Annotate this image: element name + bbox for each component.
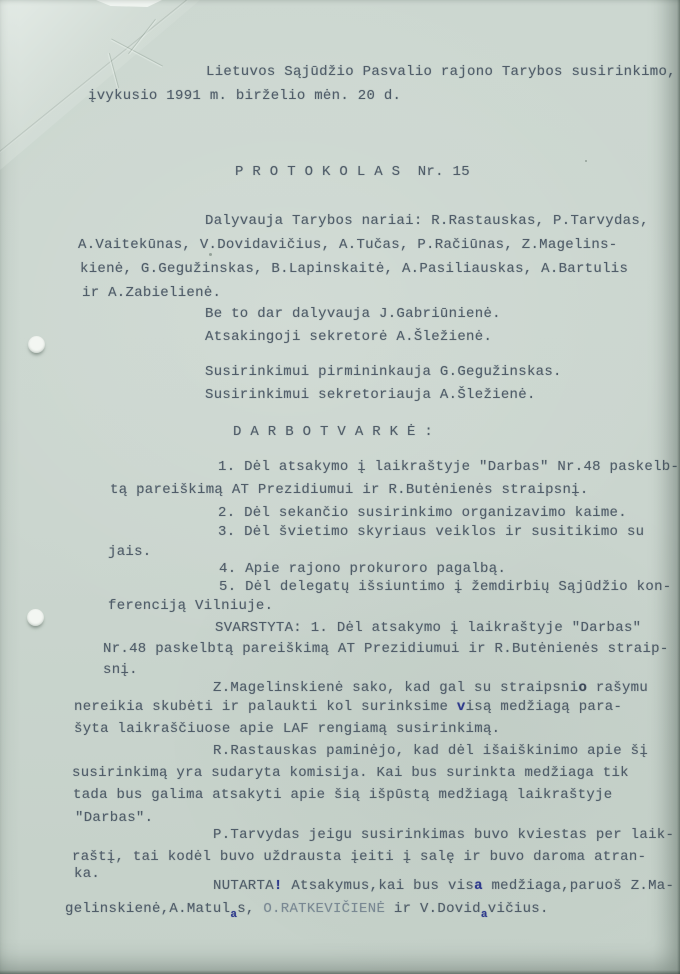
typed-text: 3. Dėl švietimo skyriaus veiklos ir susi… bbox=[218, 524, 644, 540]
typed-text: 1. Dėl atsakymo į laikraštyje "Darbas" N… bbox=[218, 459, 679, 475]
document-line: 4. Apie rajono prokuroro pagalbą. bbox=[219, 561, 506, 578]
document-line: Z.Magelinskienė sako, kad gal su straips… bbox=[213, 680, 648, 697]
typed-text: ir A.Zabielienė. bbox=[82, 285, 221, 301]
typed-text: nereikia skubėti ir palaukti kol surinks… bbox=[74, 699, 457, 715]
typed-text: kienė, G.Gegužinskas, B.Lapinskaitė, A.P… bbox=[80, 261, 628, 277]
typed-text: Dalyvauja Tarybos nariai: R.Rastauskas, … bbox=[205, 213, 649, 229]
typed-text: A.Vaitekūnas, V.Dovidavičius, A.Tučas, P… bbox=[78, 237, 617, 253]
document-line: 3. Dėl švietimo skyriaus veiklos ir susi… bbox=[218, 524, 644, 541]
typed-text: susirinkimą yra sudaryta komisija. Kai b… bbox=[72, 765, 629, 781]
typed-text: tą pareiškimą AT Prezidiumui ir R.Butėni… bbox=[110, 482, 589, 498]
document-line: Susirinkimui pirmininkauja G.Gegužinskas… bbox=[205, 364, 562, 381]
document-line: šyta laikraščiuose apie LAF rengiamą sus… bbox=[74, 721, 500, 738]
document-line: jais. bbox=[108, 544, 152, 561]
document-line: susirinkimą yra sudaryta komisija. Kai b… bbox=[72, 765, 629, 782]
typed-text: Nr.48 paskelbtą pareiškimą AT Prezidiumu… bbox=[103, 641, 669, 657]
typed-text: ferenciją Vilniuje. bbox=[108, 598, 273, 614]
typed-text: snį. bbox=[103, 662, 138, 678]
typed-text: "Darbas". bbox=[75, 810, 153, 826]
document-line: A.Vaitekūnas, V.Dovidavičius, A.Tučas, P… bbox=[78, 237, 617, 254]
typed-text: tada bus galima atsakyti apie šią išpūst… bbox=[73, 787, 612, 803]
document-line: 2. Dėl sekančio susirinkimo organizavimo… bbox=[218, 505, 627, 522]
document-line: raštį, tai kodėl buvo uždrausta įeiti į … bbox=[72, 849, 646, 866]
typed-text: Susirinkimui sekretoriauja A.Šležienė. bbox=[205, 387, 536, 403]
document-line: Dalyvauja Tarybos nariai: R.Rastauskas, … bbox=[205, 213, 649, 230]
typed-text: Be to dar dalyvauja J.Gabriūnienė. bbox=[205, 306, 501, 322]
typed-text: gelinskienė,A.Matul bbox=[65, 901, 230, 917]
document-line: D A R B O T V A R K Ė : bbox=[233, 424, 433, 441]
typed-text: P R O T O K O L A S Nr. 15 bbox=[235, 164, 470, 180]
document-line: 5. Dėl delegatų išsiuntimo į žemdirbių S… bbox=[219, 579, 671, 596]
document-line: Nr.48 paskelbtą pareiškimą AT Prezidiumu… bbox=[103, 641, 669, 658]
typed-text: Lietuvos Sąjūdžio Pasvalio rajono Tarybo… bbox=[206, 64, 676, 80]
typed-text: 5. Dėl delegatų išsiuntimo į žemdirbių S… bbox=[219, 579, 671, 595]
typed-text: ka. bbox=[74, 866, 100, 882]
document-line: "Darbas". bbox=[75, 810, 153, 827]
typed-text: ir V.Dovid bbox=[385, 901, 481, 917]
document-line: kienė, G.Gegužinskas, B.Lapinskaitė, A.P… bbox=[80, 261, 628, 278]
typed-text: SVARSTYTA: 1. Dėl atsakymo į laikraštyje… bbox=[215, 620, 641, 636]
document-line: R.Rastauskas paminėjo, kad dėl išaiškini… bbox=[213, 743, 648, 760]
typed-text: Susirinkimui pirmininkauja G.Gegužinskas… bbox=[205, 364, 562, 380]
document-line: tą pareiškimą AT Prezidiumui ir R.Butėni… bbox=[110, 482, 589, 499]
typed-text: šyta laikraščiuose apie LAF rengiamą sus… bbox=[74, 721, 500, 737]
document-line: snį. bbox=[103, 662, 138, 679]
document-line: P.Tarvydas jeigu susirinkimas buvo kvies… bbox=[213, 827, 674, 844]
typed-text: vičius. bbox=[488, 901, 549, 917]
faint-typed-text: O.RATKEVIČIENĖ bbox=[263, 901, 385, 917]
document-line: ferenciją Vilniuje. bbox=[108, 598, 273, 615]
typed-text: raštį, tai kodėl buvo uždrausta įeiti į … bbox=[72, 849, 646, 865]
typed-text: jais. bbox=[108, 544, 152, 560]
document-line: P R O T O K O L A S Nr. 15 bbox=[235, 164, 470, 181]
document-line: nereikia skubėti ir palaukti kol surinks… bbox=[74, 699, 622, 716]
page-bottom-edge bbox=[0, 970, 680, 974]
document-line: Lietuvos Sąjūdžio Pasvalio rajono Tarybo… bbox=[206, 64, 676, 81]
document-line: NUTARTA! Atsakymus,kai bus visa medžiaga… bbox=[213, 878, 674, 895]
scanned-document-page: Lietuvos Sąjūdžio Pasvalio rajono Tarybo… bbox=[0, 0, 680, 974]
typed-text: R.Rastauskas paminėjo, kad dėl išaiškini… bbox=[213, 743, 648, 759]
handwritten-correction: ! bbox=[274, 878, 283, 894]
document-line: ir A.Zabielienė. bbox=[82, 285, 221, 302]
document-line: SVARSTYTA: 1. Dėl atsakymo į laikraštyje… bbox=[215, 620, 641, 637]
document-line: Atsakingoji sekretorė A.Šležienė. bbox=[205, 329, 492, 346]
handwritten-correction: v bbox=[457, 699, 466, 715]
document-line: Be to dar dalyvauja J.Gabriūnienė. bbox=[205, 306, 501, 323]
document-line: gelinskienė,A.Matulas, O.RATKEVIČIENĖ ir… bbox=[65, 901, 549, 924]
typed-text: isą medžiagą para- bbox=[466, 699, 623, 715]
typed-text: P.Tarvydas jeigu susirinkimas buvo kvies… bbox=[213, 827, 674, 843]
typed-text: Z.Magelinskienė sako, kad gal su straips… bbox=[213, 680, 578, 696]
typed-text: s, bbox=[237, 901, 263, 917]
document-line: įvykusio 1991 m. birželio mėn. 20 d. bbox=[88, 88, 401, 105]
typed-text: Atsakingoji sekretorė A.Šležienė. bbox=[205, 329, 492, 345]
handwritten-correction: a bbox=[474, 878, 483, 894]
typed-text: įvykusio 1991 m. birželio mėn. 20 d. bbox=[88, 88, 401, 104]
typed-text: 4. Apie rajono prokuroro pagalbą. bbox=[219, 561, 506, 577]
document-text: Lietuvos Sąjūdžio Pasvalio rajono Tarybo… bbox=[0, 0, 680, 974]
typed-text: medžiaga,paruoš Z.Ma- bbox=[483, 878, 674, 894]
document-line: ka. bbox=[74, 866, 100, 883]
typed-text: D A R B O T V A R K Ė : bbox=[233, 424, 433, 440]
overtyped-character: o bbox=[578, 680, 587, 696]
typed-text: Atsakymus,kai bus vis bbox=[283, 878, 474, 894]
handwritten-correction: a bbox=[481, 909, 488, 921]
typed-text: 2. Dėl sekančio susirinkimo organizavimo… bbox=[218, 505, 627, 521]
typed-text: NUTARTA bbox=[213, 878, 274, 894]
document-line: 1. Dėl atsakymo į laikraštyje "Darbas" N… bbox=[218, 459, 679, 476]
typed-text: rašymu bbox=[587, 680, 648, 696]
document-line: tada bus galima atsakyti apie šią išpūst… bbox=[73, 787, 612, 804]
document-line: Susirinkimui sekretoriauja A.Šležienė. bbox=[205, 387, 536, 404]
